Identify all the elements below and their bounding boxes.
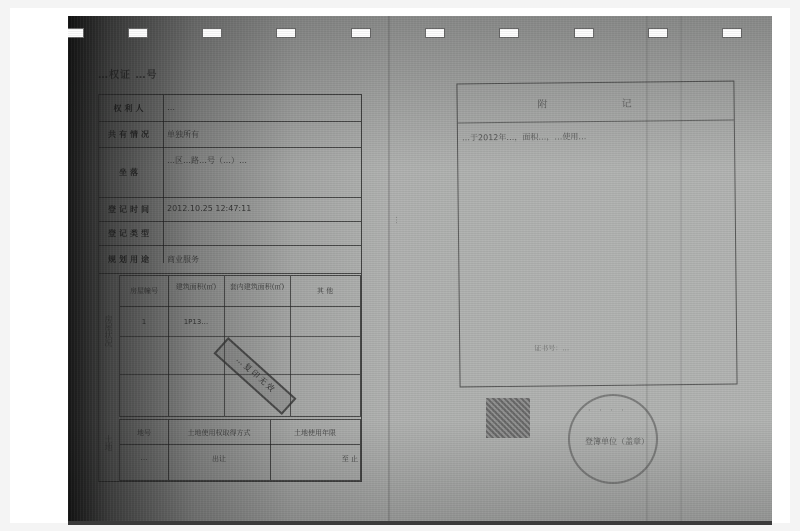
remarks-box: 附 记 …于2012年…，面积…，…使用… 证书号：… <box>456 81 737 388</box>
qr-code-icon <box>486 398 530 438</box>
land-side-label: 土地 <box>103 435 114 451</box>
value-co-ownership: 单独所有 <box>167 129 199 140</box>
serial-number: 证书号：… <box>534 343 569 353</box>
cell-acquisition-method: 出让 <box>170 454 268 464</box>
value-location: …区…路…号（…）… <box>167 155 247 166</box>
remarks-note: …于2012年…，面积…，…使用… <box>462 131 586 143</box>
land-table: 地号 土地使用权取得方式 土地使用年限 … 出让 至 止 <box>119 419 361 481</box>
row-location: 坐落 …区…路…号（…）… <box>99 147 361 198</box>
value-usage: 商业服务 <box>167 254 199 265</box>
label-location: 坐落 <box>99 167 161 178</box>
label-usage: 规划用途 <box>99 254 161 265</box>
binder-hole <box>202 28 222 38</box>
row-register-time: 登记时间 2012.10.25 12:47:11 <box>99 197 361 222</box>
binder-hole <box>499 28 519 38</box>
binder-hole <box>574 28 594 38</box>
area-side-label: 房屋状况 <box>103 315 114 347</box>
col-divider <box>270 420 271 480</box>
remarks-header: 附 记 <box>457 82 733 124</box>
value-register-time: 2012.10.25 12:47:11 <box>167 204 251 213</box>
cell-floor-area: 1P13… <box>170 318 222 326</box>
col-divider <box>168 276 169 416</box>
remarks-title-right: 记 <box>622 95 632 110</box>
binder-hole <box>425 28 445 38</box>
row-owner: 权利人 … <box>99 95 361 122</box>
seal-label: 登簿单位（盖章） <box>578 436 656 447</box>
cell-building-no: 1 <box>122 318 166 326</box>
binder-hole <box>722 28 742 38</box>
binder-hole <box>276 28 296 38</box>
scan-bottom-edge <box>68 521 772 525</box>
binder-hole <box>351 28 371 38</box>
row-co-ownership: 共有情况 单独所有 <box>99 121 361 148</box>
fold-line <box>388 16 390 522</box>
value-owner: … <box>167 103 175 112</box>
property-info-table: 权利人 … 共有情况 单独所有 坐落 …区…路…号（…）… 登记时间 2012.… <box>98 94 362 482</box>
header-other: 其 他 <box>292 286 358 296</box>
cell-lot-no: … <box>122 454 166 462</box>
scanned-document: …权证 …号 权利人 … 共有情况 单独所有 坐落 …区…路…号（…）… 登记时… <box>68 16 772 522</box>
certificate-header: …权证 …号 <box>98 66 157 81</box>
land-header-divider <box>120 444 360 445</box>
label-co-ownership: 共有情况 <box>99 129 161 140</box>
cell-land-term: 至 止 <box>272 454 358 464</box>
header-lot-no: 地号 <box>122 428 166 438</box>
row-register-type: 登记类型 <box>99 221 361 246</box>
binder-hole <box>648 28 668 38</box>
header-acquisition-method: 土地使用权取得方式 <box>170 428 268 438</box>
official-seal: · · · · 登簿单位（盖章） <box>568 394 658 484</box>
label-register-time: 登记时间 <box>99 204 161 215</box>
label-owner: 权利人 <box>99 103 161 114</box>
header-inner-area: 套内建筑面积(㎡) <box>226 282 288 292</box>
row-usage: 规划用途 商业服务 <box>99 245 361 274</box>
fold-text: … <box>394 216 403 226</box>
col-divider <box>168 420 169 480</box>
header-building-no: 房屋幢号 <box>122 286 166 296</box>
seal-arc-text: · · · · <box>588 406 627 415</box>
area-table: 房屋幢号 建筑面积(㎡) 套内建筑面积(㎡) 其 他 1 1P13… <box>119 275 361 417</box>
binder-hole <box>68 28 84 38</box>
row-divider <box>120 336 360 337</box>
label-register-type: 登记类型 <box>99 228 161 239</box>
binder-hole <box>128 28 148 38</box>
header-floor-area: 建筑面积(㎡) <box>170 282 222 292</box>
header-land-term: 土地使用年限 <box>272 428 358 438</box>
remarks-title-left: 附 <box>538 96 548 111</box>
